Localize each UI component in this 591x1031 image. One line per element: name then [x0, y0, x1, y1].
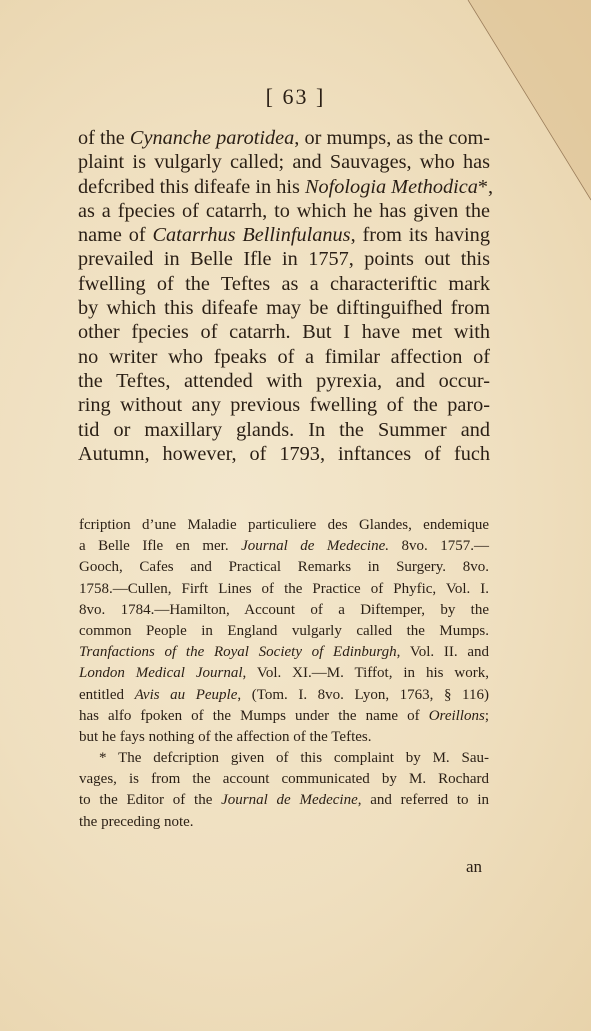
footnote_lines-line: has alfo fpoken of the Mumps under the n… [79, 706, 489, 727]
footnote_lines-line: 1758.—Cullen, Firft Lines of the Practic… [79, 579, 489, 600]
body_lines-line: as a fpecies of catarrh, to which he has… [78, 199, 490, 223]
footnote_lines-line: Tranfactions of the Royal Society of Edi… [79, 642, 489, 663]
page-number: [ 63 ] [0, 84, 591, 110]
body_lines-line: prevailed in Belle Ifle in 1757, points … [78, 247, 490, 271]
footnote_lines-line: London Medical Journal, Vol. XI.—M. Tiff… [79, 663, 489, 684]
footnote_lines-line: 8vo. 1784.—Hamilton, Account of a Diftem… [79, 600, 489, 621]
body_lines-line: Autumn, however, of 1793, inftances of f… [78, 442, 490, 466]
footnote_lines-line: a Belle Ifle en mer. Journal de Medecine… [79, 536, 489, 557]
catchword: an [466, 857, 482, 877]
body_lines-line: name of Catarrhus Bellinfulanus, from it… [78, 223, 490, 247]
body_lines-line: fwelling of the Teftes as a characterift… [78, 272, 490, 296]
footnote_lines-line: the preceding note. [79, 812, 489, 833]
body_lines-line: plaint is vulgarly called; and Sauvages,… [78, 150, 490, 174]
body_lines-line: other fpecies of catarrh. But I have met… [78, 320, 490, 344]
body-text: of the Cynanche parotidea, or mumps, as … [78, 126, 490, 466]
footnote_lines-line: but he fays nothing of the affection of … [79, 727, 489, 748]
footnote_lines-line: fcription d’une Maladie particuliere des… [79, 515, 489, 536]
footnote_lines-line: * The defcription given of this complain… [79, 748, 489, 769]
footnotes: fcription d’une Maladie particuliere des… [79, 515, 489, 833]
body_lines-line: the Teftes, attended with pyrexia, and o… [78, 369, 490, 393]
body_lines-line: tid or maxillary glands. In the Summer a… [78, 418, 490, 442]
footnote_lines-line: common People in England vulgarly called… [79, 621, 489, 642]
body_lines-line: ring without any previous fwelling of th… [78, 393, 490, 417]
footnote_lines-line: vages, is from the account communicated … [79, 769, 489, 790]
body_lines-line: by which this difeafe may be diftinguifh… [78, 296, 490, 320]
body_lines-line: of the Cynanche parotidea, or mumps, as … [78, 126, 490, 150]
footnote_lines-line: entitled Avis au Peuple, (Tom. I. 8vo. L… [79, 685, 489, 706]
footnote_lines-line: Gooch, Cafes and Practical Remarks in Su… [79, 557, 489, 578]
footnote_lines-line: to the Editor of the Journal de Medecine… [79, 790, 489, 811]
body_lines-line: no writer who fpeaks of a fimilar affect… [78, 345, 490, 369]
body_lines-line: defcribed this difeafe in his Nofologia … [78, 175, 490, 199]
